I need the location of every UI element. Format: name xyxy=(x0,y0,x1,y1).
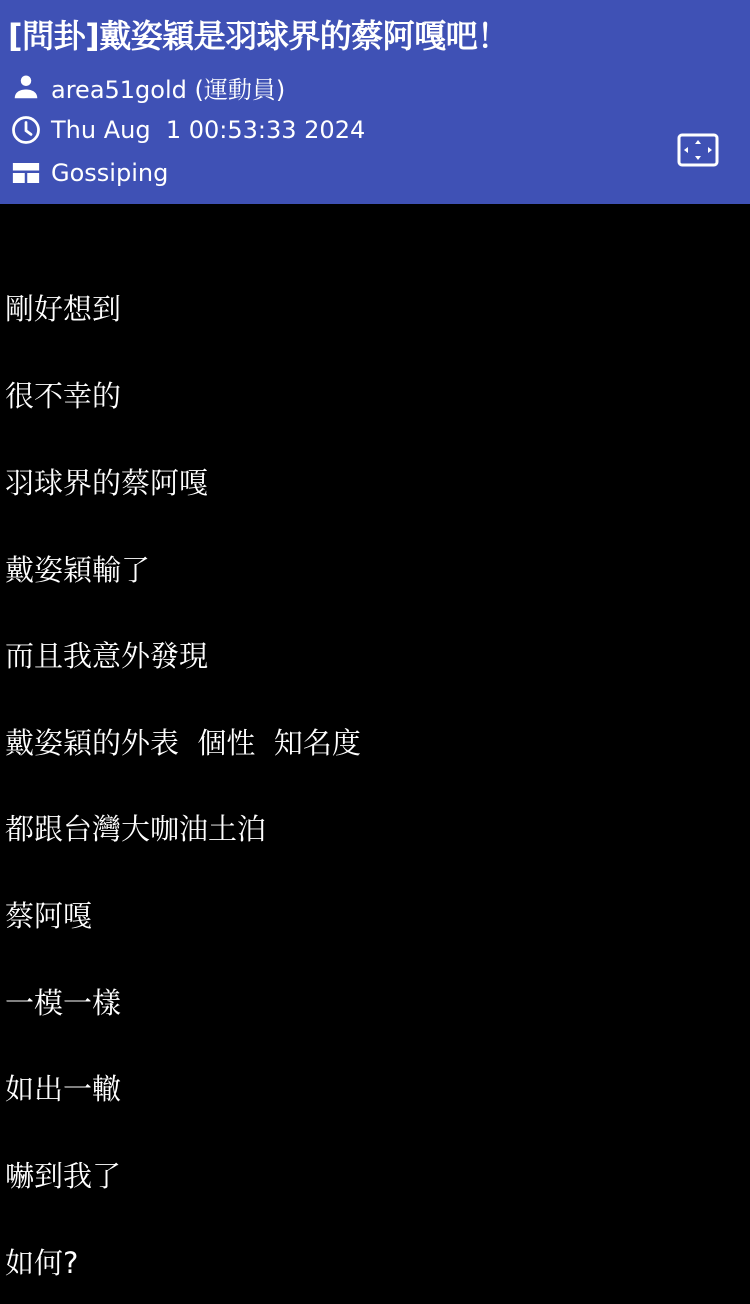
author-row: area51gold (運動員) xyxy=(10,69,285,105)
content-line: 如出一轍 xyxy=(5,1069,121,1109)
person-icon xyxy=(10,71,42,103)
board-row: Gossiping xyxy=(10,155,168,191)
article-title: [問卦]戴姿穎是羽球界的蔡阿嘎吧！ xyxy=(8,14,509,58)
content-line: 很不幸的 xyxy=(5,376,121,416)
post-datetime: Thu Aug 1 00:53:33 2024 xyxy=(51,116,365,144)
author-name: area51gold (運動員) xyxy=(51,70,285,105)
content-line: 嚇到我了 xyxy=(5,1156,121,1196)
content-line: 戴姿穎的外表 個性 知名度 xyxy=(5,723,361,763)
content-line: 如何? xyxy=(5,1243,78,1283)
content-line: 一模一樣 xyxy=(5,983,121,1023)
content-line: 都跟台灣大咖油土泊 xyxy=(5,809,266,849)
clock-icon xyxy=(10,114,42,146)
article-header: [問卦]戴姿穎是羽球界的蔡阿嘎吧！ area51gold (運動員) Thu A… xyxy=(0,0,750,204)
content-line: 蔡阿嘎 xyxy=(5,896,92,936)
content-line: 剛好想到 xyxy=(5,289,121,329)
content-line: 戴姿穎輸了 xyxy=(5,550,150,590)
board-name[interactable]: Gossiping xyxy=(51,159,168,187)
content-line: 而且我意外發現 xyxy=(5,636,208,676)
fullscreen-icon xyxy=(677,133,719,171)
datetime-row: Thu Aug 1 00:53:33 2024 xyxy=(10,112,365,148)
board-icon xyxy=(10,157,42,189)
content-line: 羽球界的蔡阿嘎 xyxy=(5,463,208,503)
fullscreen-button[interactable] xyxy=(674,131,722,173)
